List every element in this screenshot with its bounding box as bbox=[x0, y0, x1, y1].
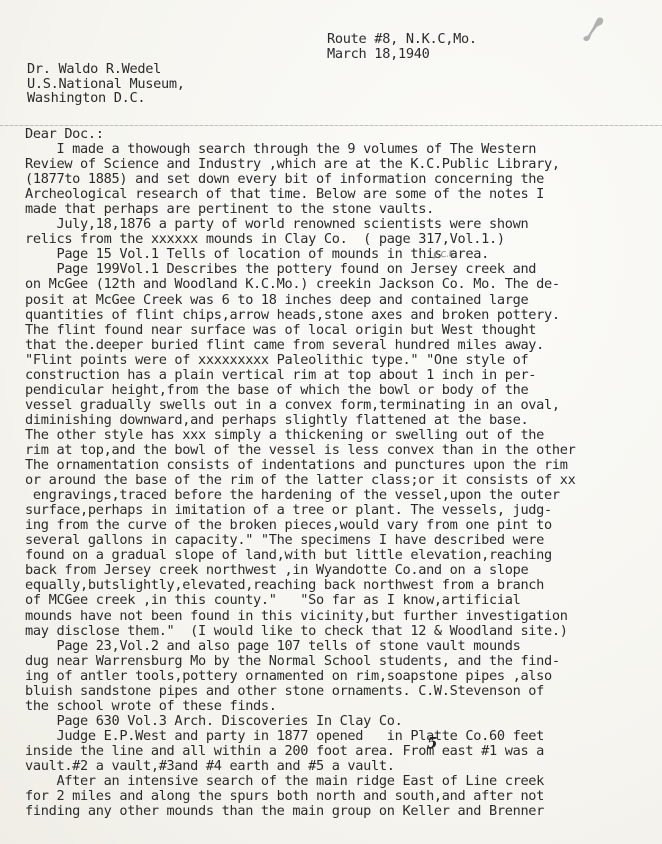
body-line: engravings,traced before the hardening o… bbox=[25, 488, 662, 503]
body-line: quantities of flint chips,arrow heads,st… bbox=[25, 308, 662, 323]
body-line: Page 23,Vol.2 and also page 107 tells of… bbox=[25, 639, 662, 654]
body-line: The ornamentation consists of indentatio… bbox=[25, 458, 662, 473]
body-line: "Flint points were of xxxxxxxxx Paleolit… bbox=[25, 353, 662, 368]
body-line: July,18,1876 a party of world renowned s… bbox=[25, 217, 662, 232]
body-line: vessel gradually swells out in a convex … bbox=[25, 398, 662, 413]
body-line: diminishing downward,and perhaps slightl… bbox=[25, 413, 662, 428]
body-line: Archeological research of that time. Bel… bbox=[25, 187, 662, 202]
body-line: (1877to 1885) and set down every bit of … bbox=[25, 172, 662, 187]
body-line: or around the base of the rim of the lat… bbox=[25, 473, 662, 488]
body-line: ing from the curve of the broken pieces,… bbox=[25, 518, 662, 533]
body-line: on McGee (12th and Woodland K.C.Mo.) cre… bbox=[25, 277, 662, 292]
salutation: Dear Doc.: bbox=[25, 127, 662, 142]
body-line: ing of antler tools,pottery ornamented o… bbox=[25, 669, 662, 684]
body-line: Page 630 Vol.3 Arch. Discoveries In Clay… bbox=[25, 714, 662, 729]
body-line: The other style has xxx simply a thicken… bbox=[25, 428, 662, 443]
body-line: relics from the xxxxxx mounds in Clay Co… bbox=[25, 232, 662, 247]
recipient-address-block: Dr. Waldo R.Wedel U.S.National Museum, W… bbox=[27, 62, 185, 106]
body-line: After an intensive search of the main ri… bbox=[25, 774, 662, 789]
body-line: found on a gradual slope of land,with bu… bbox=[25, 548, 662, 563]
body-line: that the.deeper buried flint came from s… bbox=[25, 338, 662, 353]
body-line: the school wrote of these finds. bbox=[25, 699, 662, 714]
sender-address: Route #8, N.K.C,Mo. bbox=[327, 32, 477, 47]
body-line: Review of Science and Industry ,which ar… bbox=[25, 157, 662, 172]
body-line: vault.#2 a vault,#3and #4 earth and #5 a… bbox=[25, 759, 662, 774]
handwritten-number: 5 bbox=[427, 734, 437, 752]
body-line: for 2 miles and along the spurs both nor… bbox=[25, 789, 662, 804]
body-line: pendicular height,from the base of which… bbox=[25, 383, 662, 398]
letter-page: Route #8, N.K.C,Mo. March 18,1940 Dr. Wa… bbox=[0, 0, 662, 844]
body-line: The flint found near surface was of loca… bbox=[25, 323, 662, 338]
recipient-institution: U.S.National Museum, bbox=[27, 77, 185, 92]
body-line: several gallons in capacity." "The speci… bbox=[25, 533, 662, 548]
sender-address-block: Route #8, N.K.C,Mo. March 18,1940 bbox=[327, 32, 477, 61]
body-line: equally,butslightly,elevated,reaching ba… bbox=[25, 578, 662, 593]
body-line: Page 15 Vol.1 Tells of location of mound… bbox=[25, 247, 662, 262]
letter-date: March 18,1940 bbox=[327, 47, 477, 62]
body-line: posit at McGee Creek was 6 to 18 inches … bbox=[25, 293, 662, 308]
ink-smudge-icon bbox=[578, 14, 608, 46]
body-line: dug near Warrensburg Mo by the Normal Sc… bbox=[25, 654, 662, 669]
body-line: Page 199Vol.1 Describes the pottery foun… bbox=[25, 262, 662, 277]
body-line: mounds have not been found in this vicin… bbox=[25, 609, 662, 624]
body-line: construction has a plain vertical rim at… bbox=[25, 368, 662, 383]
body-line: may disclose them." (I would like to che… bbox=[25, 624, 662, 639]
body-line: surface,perhaps in imitation of a tree o… bbox=[25, 503, 662, 518]
recipient-name: Dr. Waldo R.Wedel bbox=[27, 62, 185, 77]
recipient-city: Washington D.C. bbox=[27, 91, 185, 106]
body-line: back from Jersey creek northwest ,in Wya… bbox=[25, 563, 662, 578]
body-line: inside the line and all within a 200 foo… bbox=[25, 744, 662, 759]
body-line: rim at top,and the bowl of the vessel is… bbox=[25, 443, 662, 458]
body-line: finding any other mounds than the main g… bbox=[25, 804, 662, 819]
body-line: bluish sandstone pipes and other stone o… bbox=[25, 684, 662, 699]
body-line: I made a thowough search through the 9 v… bbox=[25, 142, 662, 157]
letter-body: Dear Doc.: I made a thowough search thro… bbox=[25, 127, 662, 819]
body-line: of MCGee creek ,in this county." "So far… bbox=[25, 593, 662, 608]
body-line: Judge E.P.West and party in 1877 opened … bbox=[25, 729, 662, 744]
body-line: made that perhaps are pertinent to the s… bbox=[25, 202, 662, 217]
